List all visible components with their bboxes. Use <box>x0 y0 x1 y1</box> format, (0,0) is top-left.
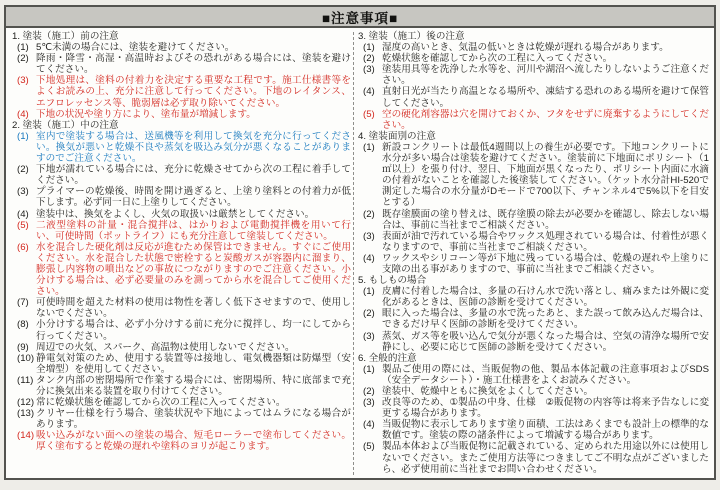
precautions-page: ■注意事項■ 1. 塗装（施工）前の注意(1)5℃未満の場合には、塗装を避けてく… <box>0 0 720 490</box>
item-number: (14) <box>17 430 36 452</box>
notice-item: (1)湿度の高いとき、気温の低いときは乾燥が遅れる場合があります。 <box>357 42 709 53</box>
item-number: (1) <box>17 131 36 164</box>
notice-item: (3)プライマーの乾燥後、時間を開け過ぎると、上塗り塗料との付着力が低下します。… <box>11 186 351 208</box>
notice-item: (3)改良等のため、①製品の中身、仕様 ②販促物の内容等は将来予告なしに変更する… <box>357 397 709 419</box>
item-text: 乾燥状態を確認してから次の工程に入ってください。 <box>382 53 709 64</box>
item-text: 降雨・降雪・高湿・高温時およびその恐れがある場合には、塗装を避けてください。 <box>36 53 351 75</box>
notice-section: 2. 塗装（施工）中の注意(1)室内で塗装する場合は、送風機等を利用して換気を充… <box>11 120 351 453</box>
item-number: (3) <box>17 186 36 208</box>
notice-item: (3)蒸気、ガス等を吸い込んで気分が悪くなった場合は、空気の清浄な場所で安静にし… <box>357 331 709 353</box>
item-number: (6) <box>17 242 36 297</box>
item-text: 新設コンクリートは最低4週間以上の養生が必要です。下地コンクリートに水分が多い場… <box>382 142 709 209</box>
notice-item: (5)空の硬化剤容器は穴を開けておくか、フタをせずに廃棄するようにしてください。 <box>357 109 709 131</box>
item-text: 表面が油で汚れている場合やワックス処理されている場合は、付着性が悪くなりますので… <box>382 231 709 253</box>
item-number: (2) <box>363 53 382 64</box>
item-text: 製品本体および当販促物に記載されている、定められた用途以外には使用しないでくださ… <box>382 441 709 474</box>
item-number: (1) <box>363 286 382 308</box>
item-text: 既存塗膜面の塗り替えは、既存塗膜の除去が必要かを確認し、除去しない場合は、事前に… <box>382 209 709 231</box>
notice-section: 1. 塗装（施工）前の注意(1)5℃未満の場合には、塗装を避けてください。(2)… <box>11 31 351 120</box>
notice-item: (2)降雨・降雪・高湿・高温時およびその恐れがある場合には、塗装を避けてください… <box>11 53 351 75</box>
item-number: (4) <box>363 419 382 441</box>
section-heading: 4. 塗装面別の注意 <box>357 131 709 142</box>
notice-section: 4. 塗装面別の注意(1)新設コンクリートは最低4週間以上の養生が必要です。下地… <box>357 131 709 275</box>
item-text: 水を混合した硬化剤は反応が進むため保管はできません。すぐにご使用ください。水を混… <box>36 242 351 297</box>
notice-item: (2)下地が濡れている場合には、充分に乾燥させてから次の工程に着手してください。 <box>11 164 351 186</box>
notice-item: (1)5℃未満の場合には、塗装を避けてください。 <box>11 42 351 53</box>
item-number: (12) <box>17 397 36 408</box>
notice-section: 3. 塗装（施工）後の注意(1)湿度の高いとき、気温の低いときは乾燥が遅れる場合… <box>357 31 709 131</box>
item-number: (2) <box>17 53 36 75</box>
item-text: 下地の状況や塗り方により、塗布量が増減します。 <box>36 109 351 120</box>
notice-item: (3)表面が油で汚れている場合やワックス処理されている場合は、付着性が悪くなりま… <box>357 231 709 253</box>
notice-item: (4)直射日光が当たり高温となる場所や、凍結する恐れのある場所を避けて保管してく… <box>357 86 709 108</box>
title-bar: ■注意事項■ <box>6 7 714 28</box>
item-number: (3) <box>363 331 382 353</box>
item-text: 5℃未満の場合には、塗装を避けてください。 <box>36 42 351 53</box>
item-number: (9) <box>17 342 36 353</box>
section-heading: 3. 塗装（施工）後の注意 <box>357 31 709 42</box>
item-number: (3) <box>17 75 36 108</box>
item-number: (5) <box>363 109 382 131</box>
notice-item: (2)既存塗膜面の塗り替えは、既存塗膜の除去が必要かを確認し、除去しない場合は、… <box>357 209 709 231</box>
item-text: 周辺での火気、スパーク、高温物は使用しないでください。 <box>36 342 351 353</box>
notice-item: (11)タンク内部の密閉場所で作業する場合には、密閉場所、特に底部まで充分に換気… <box>11 375 351 397</box>
notice-item: (6)水を混合した硬化剤は反応が進むため保管はできません。すぐにご使用ください。… <box>11 242 351 297</box>
notice-item: (4)塗装中は、換気をよくし、火気の取扱いは厳禁としてください。 <box>11 209 351 220</box>
item-number: (3) <box>363 397 382 419</box>
item-text: 可使時間を超えた材料の使用は物性を著しく低下させますので、使用しないでください。 <box>36 297 351 319</box>
item-number: (5) <box>363 441 382 474</box>
notice-item: (13)クリヤー仕様を行う場合、塗装状況や下地によってはムラになる場合があります… <box>11 408 351 430</box>
notice-item: (9)周辺での火気、スパーク、高温物は使用しないでください。 <box>11 342 351 353</box>
notice-item: (1)新設コンクリートは最低4週間以上の養生が必要です。下地コンクリートに水分が… <box>357 142 709 209</box>
notice-item: (3)塗装用具等を洗浄した水等を、河川や湖沼へ流したりしないようご注意ください。 <box>357 64 709 86</box>
notice-item: (1)室内で塗装する場合は、送風機等を利用して換気を充分に行ってください。換気が… <box>11 131 351 164</box>
item-text: クリヤー仕様を行う場合、塗装状況や下地によってはムラになる場合があります。 <box>36 408 351 430</box>
notice-item: (7)可使時間を超えた材料の使用は物性を著しく低下させますので、使用しないでくだ… <box>11 297 351 319</box>
item-text: プライマーの乾燥後、時間を開け過ぎると、上塗り塗料との付着力が低下します。必ず同… <box>36 186 351 208</box>
notice-item: (2)乾燥状態を確認してから次の工程に入ってください。 <box>357 53 709 64</box>
item-text: 眼に入った場合は、多量の水で洗ったあと、また誤って飲み込んだ場合は、できるだけ早… <box>382 308 709 330</box>
item-text: タンク内部の密閉場所で作業する場合には、密閉場所、特に底部まで充分に換気出来る装… <box>36 375 351 397</box>
item-number: (4) <box>363 86 382 108</box>
notice-item: (1)皮膚に付着した場合は、多量の石けん水で洗い落とし、痛みまたは外観に変化があ… <box>357 286 709 308</box>
item-number: (11) <box>17 375 36 397</box>
notice-item: (3)下地処理は、塗料の付着力を決定する重要な工程です。施工仕様書等をよくお読み… <box>11 75 351 108</box>
section-heading: 2. 塗装（施工）中の注意 <box>11 120 351 131</box>
item-text: 皮膚に付着した場合は、多量の石けん水で洗い落とし、痛みまたは外観に変化があるとき… <box>382 286 709 308</box>
item-text: 製品ご使用の際には、当販促物の他、製品本体記載の注意事項およびSDS（安全データ… <box>382 364 709 386</box>
precautions-box: ■注意事項■ 1. 塗装（施工）前の注意(1)5℃未満の場合には、塗装を避けてく… <box>4 5 716 480</box>
notice-item: (8)小分けする場合は、必ず小分けする前に充分に撹拌し、均一にしてから行ってくだ… <box>11 319 351 341</box>
item-text: 下地処理は、塗料の付着力を決定する重要な工程です。施工仕様書等をよくお読みの上、… <box>36 75 351 108</box>
item-text: 直射日光が当たり高温となる場所や、凍結する恐れのある場所を避けて保管してください… <box>382 86 709 108</box>
section-heading: 1. 塗装（施工）前の注意 <box>11 31 351 42</box>
item-number: (2) <box>363 308 382 330</box>
item-number: (2) <box>363 386 382 397</box>
item-number: (10) <box>17 353 36 375</box>
notice-item: (2)眼に入った場合は、多量の水で洗ったあと、また誤って飲み込んだ場合は、できる… <box>357 308 709 330</box>
item-number: (2) <box>363 209 382 231</box>
notice-item: (4)下地の状況や塗り方により、塗布量が増減します。 <box>11 109 351 120</box>
column-divider <box>353 32 354 475</box>
notice-item: (4)ワックスやシリコーン等が下地に残っている場合は、乾燥の遅れや上塗りに支障の… <box>357 253 709 275</box>
column-right: 3. 塗装（施工）後の注意(1)湿度の高いとき、気温の低いときは乾燥が遅れる場合… <box>357 31 709 476</box>
item-number: (13) <box>17 408 36 430</box>
item-text: 静電気対策のため、使用する装置等は接地し、電気機器類は防爆型（安全増型）を使用し… <box>36 353 351 375</box>
notice-item: (12)常に乾燥状態を確認してから次の工程に入ってください。 <box>11 397 351 408</box>
notice-item: (2)塗装中、乾燥中ともに換気をよくしてください。 <box>357 386 709 397</box>
content-columns: 1. 塗装（施工）前の注意(1)5℃未満の場合には、塗装を避けてください。(2)… <box>6 28 714 478</box>
item-text: ワックスやシリコーン等が下地に残っている場合は、乾燥の遅れや上塗りに支障の出る事… <box>382 253 709 275</box>
item-text: 空の硬化剤容器は穴を開けておくか、フタをせずに廃棄するようにしてください。 <box>382 109 709 131</box>
item-text: 蒸気、ガス等を吸い込んで気分が悪くなった場合は、空気の清浄な場所で安静にし、必要… <box>382 331 709 353</box>
item-text: 塗装中、乾燥中ともに換気をよくしてください。 <box>382 386 709 397</box>
item-text: 小分けする場合は、必ず小分けする前に充分に撹拌し、均一にしてから行ってください。 <box>36 319 351 341</box>
column-left: 1. 塗装（施工）前の注意(1)5℃未満の場合には、塗装を避けてください。(2)… <box>11 31 351 476</box>
section-heading: 6. 全般的注意 <box>357 353 709 364</box>
item-number: (5) <box>17 220 36 242</box>
page-title: ■注意事項■ <box>322 7 398 27</box>
item-number: (1) <box>363 42 382 53</box>
item-text: 吸い込みがない面への塗装の場合、短毛ローラーで塗布してください。厚く塗布すると乾… <box>36 430 351 452</box>
item-text: 当販促物に表示してあります塗り面積、工法はあくまでも設計上の標準的な数値です。塗… <box>382 419 709 441</box>
item-text: 改良等のため、①製品の中身、仕様 ②販促物の内容等は将来予告なしに変更する場合が… <box>382 397 709 419</box>
notice-item: (5)二液型塗料の計量・混合撹拌は、はかりおよび電動撹拌機を用いて行い、可使時間… <box>11 220 351 242</box>
notice-section: 5. もしもの場合(1)皮膚に付着した場合は、多量の石けん水で洗い落とし、痛みま… <box>357 275 709 353</box>
item-text: 二液型塗料の計量・混合撹拌は、はかりおよび電動撹拌機を用いて行い、可使時間（ポッ… <box>36 220 351 242</box>
item-number: (4) <box>17 109 36 120</box>
section-heading: 5. もしもの場合 <box>357 275 709 286</box>
notice-item: (4)当販促物に表示してあります塗り面積、工法はあくまでも設計上の標準的な数値で… <box>357 419 709 441</box>
item-number: (1) <box>17 42 36 53</box>
item-number: (4) <box>17 209 36 220</box>
item-text: 下地が濡れている場合には、充分に乾燥させてから次の工程に着手してください。 <box>36 164 351 186</box>
item-number: (4) <box>363 253 382 275</box>
item-number: (7) <box>17 297 36 319</box>
item-number: (2) <box>17 164 36 186</box>
item-number: (8) <box>17 319 36 341</box>
item-number: (1) <box>363 364 382 386</box>
item-number: (1) <box>363 142 382 209</box>
item-text: 湿度の高いとき、気温の低いときは乾燥が遅れる場合があります。 <box>382 42 709 53</box>
item-text: 塗装中は、換気をよくし、火気の取扱いは厳禁としてください。 <box>36 209 351 220</box>
notice-item: (14)吸い込みがない面への塗装の場合、短毛ローラーで塗布してください。厚く塗布… <box>11 430 351 452</box>
item-number: (3) <box>363 64 382 86</box>
notice-item: (1)製品ご使用の際には、当販促物の他、製品本体記載の注意事項およびSDS（安全… <box>357 364 709 386</box>
item-number: (3) <box>363 231 382 253</box>
item-text: 常に乾燥状態を確認してから次の工程に入ってください。 <box>36 397 351 408</box>
notice-item: (10)静電気対策のため、使用する装置等は接地し、電気機器類は防爆型（安全増型）… <box>11 353 351 375</box>
item-text: 塗装用具等を洗浄した水等を、河川や湖沼へ流したりしないようご注意ください。 <box>382 64 709 86</box>
item-text: 室内で塗装する場合は、送風機等を利用して換気を充分に行ってください。換気が悪いと… <box>36 131 351 164</box>
notice-section: 6. 全般的注意(1)製品ご使用の際には、当販促物の他、製品本体記載の注意事項お… <box>357 353 709 475</box>
notice-item: (5)製品本体および当販促物に記載されている、定められた用途以外には使用しないで… <box>357 441 709 474</box>
